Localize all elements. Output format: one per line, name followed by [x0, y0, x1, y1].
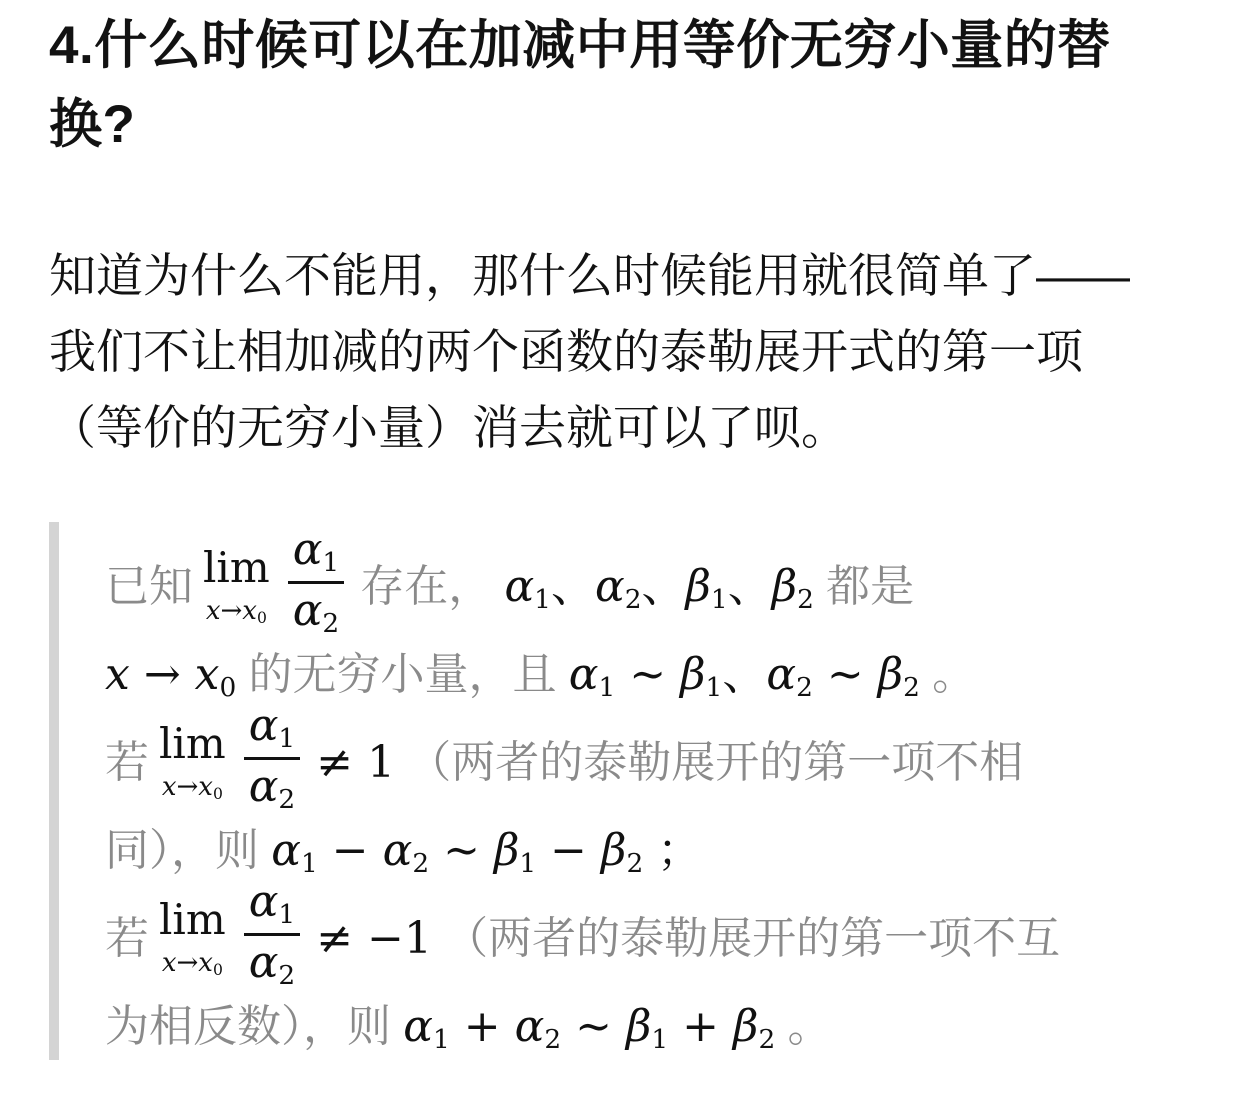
math-symbol: α2: [595, 561, 642, 612]
inline-run: 为相反数），则 α1 + α2 ∼ β1 + β2 。: [105, 990, 832, 1055]
math-symbol: β1: [685, 561, 727, 612]
math-symbol: −: [318, 825, 383, 876]
math-subscript: 1: [598, 671, 615, 702]
fraction: α1α2: [288, 527, 345, 637]
math-symbol: α2: [249, 761, 296, 812]
math-symbol: α1: [569, 649, 616, 700]
inline-run: 同），则 α1 − α2 ∼ β1 − β2 ；: [105, 814, 701, 879]
math-subscript: 2: [322, 607, 339, 638]
math-symbol: x: [105, 649, 130, 700]
math-subscript: 1: [322, 547, 339, 578]
fraction: α1α2: [244, 879, 301, 989]
body-paragraph: 知道为什么不能用，那什么时候能用就很简单了—— 我们不让相加减的两个函数的泰勒展…: [49, 238, 1192, 466]
math-subscript: 2: [278, 959, 295, 990]
quote-line: 若 limx→x0α1α2≠ −1 （两者的泰勒展开的第一项不互: [105, 878, 1192, 990]
math-symbol: ≠ −1: [316, 913, 432, 964]
math-symbol: 、: [728, 561, 772, 612]
inline-run: 若: [105, 902, 149, 966]
math-symbol: ∼: [429, 825, 494, 876]
math-symbol: 、: [722, 649, 766, 700]
heading: 4.什么时候可以在加减中用等价无穷小量的替 换?: [49, 6, 1192, 164]
math-symbol: +: [450, 1001, 515, 1052]
math-subscript: 1: [519, 847, 536, 878]
quote-text-run: 都是: [814, 562, 914, 611]
math-symbol: α1: [293, 524, 340, 575]
fraction-numerator: α1: [244, 879, 301, 929]
math-subscript: 1: [651, 1023, 668, 1054]
quote-text-run: 已知: [105, 562, 193, 611]
math-symbol: →: [176, 772, 198, 802]
math-subscript: 1: [534, 583, 551, 614]
blockquote: 已知 limx→x0α1α2存在， α1、α2、β1、β2 都是x → x0 的…: [49, 522, 1192, 1060]
quote-text-run: 为相反数），则: [105, 1002, 403, 1051]
lim-operator: lim: [159, 723, 226, 765]
math-subscript: 0: [257, 609, 267, 627]
math-symbol: →: [176, 948, 198, 978]
inline-run: ≠ −1 （两者的泰勒展开的第一项不互: [316, 902, 1060, 966]
math-symbol: ；: [643, 825, 701, 876]
quote-line: 同），则 α1 − α2 ∼ β1 − β2 ；: [105, 814, 1192, 878]
math-symbol: x0: [195, 649, 237, 700]
paragraph-line-3: （等价的无穷小量）消去就可以了呗。: [49, 390, 1192, 466]
inline-run: 已知: [105, 550, 193, 614]
math-symbol: ∼: [615, 649, 680, 700]
quote-text-run: 同），则: [105, 826, 271, 875]
heading-line-2: 换?: [49, 85, 1192, 164]
inline-run: 若: [105, 726, 149, 790]
math-subscript: 2: [903, 671, 920, 702]
math-subscript: 2: [796, 671, 813, 702]
math-symbol: x0: [198, 772, 223, 802]
limit-fraction: limx→x0α1α2: [203, 527, 344, 637]
math-subscript: 2: [758, 1023, 775, 1054]
math-symbol: ∼: [561, 1001, 626, 1052]
inline-run: x → x0 的无穷小量，且 α1 ∼ β1、α2 ∼ β2 。: [105, 638, 976, 703]
math-subscript: 2: [278, 783, 295, 814]
lim-operator: lim: [203, 547, 270, 589]
math-subscript: 1: [278, 899, 295, 930]
math-symbol: β2: [601, 825, 643, 876]
quote-text-run: 。: [775, 1002, 831, 1051]
quote-line: 为相反数），则 α1 + α2 ∼ β1 + β2 。: [105, 990, 1192, 1054]
math-symbol: β2: [878, 649, 920, 700]
math-symbol: α2: [515, 1001, 562, 1052]
fraction-denominator: α2: [244, 940, 301, 990]
math-symbol: x: [162, 948, 177, 978]
math-subscript: 1: [711, 583, 728, 614]
math-subscript: 2: [626, 847, 643, 878]
limit-block: limx→x0: [203, 547, 270, 627]
math-subscript: 0: [213, 785, 223, 803]
math-symbol: β1: [680, 649, 722, 700]
math-symbol: ≠ 1: [316, 737, 395, 788]
quote-text-run: 的无穷小量，且: [236, 650, 568, 699]
quote-text-run: （两者的泰勒展开的第一项不相: [395, 738, 1023, 787]
math-symbol: α1: [249, 700, 296, 751]
lim-subscript: x→x0: [162, 948, 223, 979]
limit-block: limx→x0: [159, 723, 226, 803]
math-symbol: α2: [766, 649, 813, 700]
math-subscript: 2: [625, 583, 642, 614]
math-symbol: →: [220, 596, 242, 626]
math-symbol: −: [536, 825, 601, 876]
math-subscript: 1: [278, 723, 295, 754]
lim-operator: lim: [159, 899, 226, 941]
math-symbol: α2: [249, 937, 296, 988]
fraction-bar: [244, 933, 301, 936]
quote-text-run: 。: [920, 650, 976, 699]
math-symbol: β2: [733, 1001, 775, 1052]
fraction-numerator: α1: [244, 703, 301, 753]
math-subscript: 2: [797, 583, 814, 614]
paragraph-line-2: 我们不让相加减的两个函数的泰勒展开式的第一项: [49, 314, 1192, 390]
article: 4.什么时候可以在加减中用等价无穷小量的替 换? 知道为什么不能用，那什么时候能…: [0, 0, 1242, 1060]
quote-text-run: 若: [105, 914, 149, 963]
math-subscript: 2: [544, 1023, 561, 1054]
inline-run: ≠ 1 （两者的泰勒展开的第一项不相: [316, 726, 1023, 790]
fraction-denominator: α2: [288, 588, 345, 638]
math-subscript: 1: [433, 1023, 450, 1054]
math-symbol: →: [130, 649, 195, 700]
limit-block: limx→x0: [159, 899, 226, 979]
math-symbol: x0: [242, 596, 267, 626]
math-symbol: β1: [494, 825, 536, 876]
heading-line-1: 4.什么时候可以在加减中用等价无穷小量的替: [49, 6, 1192, 85]
limit-fraction: limx→x0α1α2: [159, 703, 300, 813]
quote-text-run: （两者的泰勒展开的第一项不互: [432, 914, 1060, 963]
lim-subscript: x→x0: [162, 772, 223, 803]
math-symbol: x: [162, 772, 177, 802]
fraction-numerator: α1: [288, 527, 345, 577]
math-subscript: 0: [213, 961, 223, 979]
lim-subscript: x→x0: [206, 596, 267, 627]
fraction-bar: [288, 581, 345, 584]
math-symbol: x0: [198, 948, 223, 978]
math-symbol: 、: [641, 561, 685, 612]
math-subscript: 1: [706, 671, 723, 702]
quote-text-run: 存在，: [360, 562, 504, 611]
quote-line: x → x0 的无穷小量，且 α1 ∼ β1、α2 ∼ β2 。: [105, 638, 1192, 702]
fraction-denominator: α2: [244, 764, 301, 814]
math-symbol: x: [206, 596, 221, 626]
math-symbol: α1: [504, 561, 551, 612]
math-subscript: 1: [301, 847, 318, 878]
quote-line: 已知 limx→x0α1α2存在， α1、α2、β1、β2 都是: [105, 526, 1192, 638]
math-subscript: 2: [412, 847, 429, 878]
paragraph-line-1: 知道为什么不能用，那什么时候能用就很简单了——: [49, 238, 1192, 314]
math-subscript: 0: [220, 671, 237, 702]
inline-run: 存在， α1、α2、β1、β2 都是: [360, 550, 914, 615]
math-symbol: β2: [772, 561, 814, 612]
limit-fraction: limx→x0α1α2: [159, 879, 300, 989]
math-symbol: +: [668, 1001, 733, 1052]
math-symbol: 、: [551, 561, 595, 612]
math-symbol: α2: [293, 585, 340, 636]
quote-text-run: 若: [105, 738, 149, 787]
math-symbol: β1: [626, 1001, 668, 1052]
fraction-bar: [244, 757, 301, 760]
math-symbol: α1: [271, 825, 318, 876]
math-symbol: α2: [383, 825, 430, 876]
quote-line: 若 limx→x0α1α2≠ 1 （两者的泰勒展开的第一项不相: [105, 702, 1192, 814]
math-symbol: ∼: [813, 649, 878, 700]
fraction: α1α2: [244, 703, 301, 813]
math-symbol: α1: [403, 1001, 450, 1052]
math-symbol: α1: [249, 876, 296, 927]
